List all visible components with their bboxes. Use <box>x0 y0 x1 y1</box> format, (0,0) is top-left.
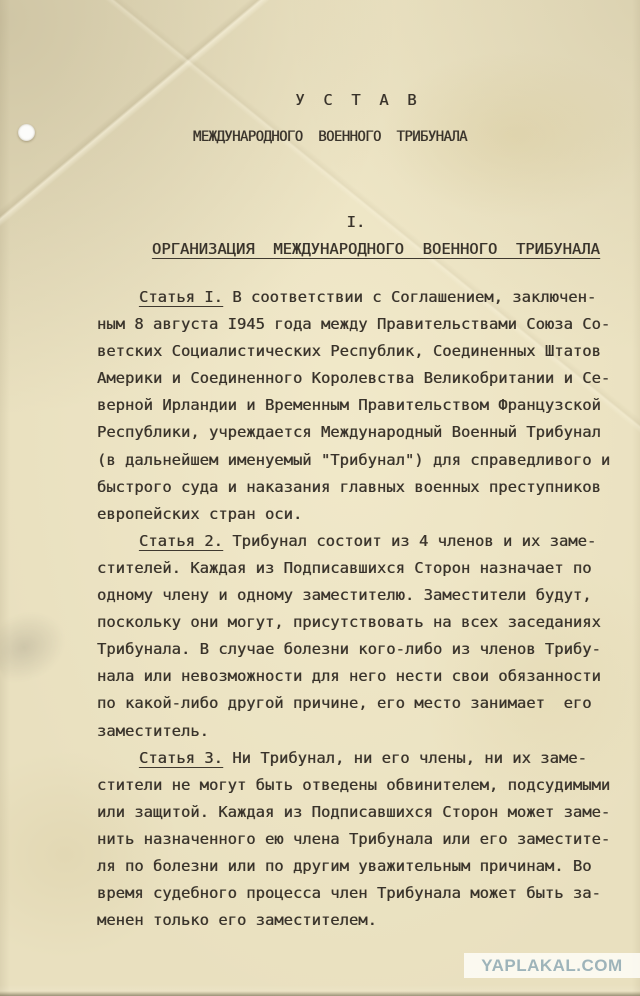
body-line: (в дальнейшем именуемый "Трибунал") для … <box>97 447 610 474</box>
body-line: стители не могут быть отведены обвинител… <box>97 772 610 799</box>
body-line: быстрого суда и наказания главных военны… <box>97 474 610 501</box>
body-line: Статья 3. Ни Трибунал, ни его члены, ни … <box>97 745 610 772</box>
body-line: нала или невозможности для него нести св… <box>97 663 610 690</box>
body-line: или защитой. Каждая из Подписавшихся Сто… <box>97 799 610 826</box>
section-heading: ОРГАНИЗАЦИЯ МЕЖДУНАРОДНОГО ВОЕННОГО ТРИБ… <box>112 240 640 258</box>
body-line: нить назначенного ею члена Трибунала или… <box>97 826 610 853</box>
article-label: Статья 3. <box>139 749 223 767</box>
body-line: Статья I. В соответствии с Соглашением, … <box>97 284 610 311</box>
body-line: одному члену и одному заместителю. Замес… <box>97 582 610 609</box>
body-line: Статья 2. Трибунал состоит из 4 членов и… <box>97 528 610 555</box>
punch-hole <box>18 124 35 141</box>
body-line: по какой-либо другой причине, его место … <box>97 690 610 717</box>
body-line: ля по болезни или по другим уважительным… <box>97 853 610 880</box>
watermark-badge: YAPLAKAL.COM <box>464 953 640 978</box>
body-line: ветских Социалистических Республик, Соед… <box>97 338 610 365</box>
document-title: У С Т А В <box>95 91 617 109</box>
body-line: менен только его заместителем. <box>97 907 610 934</box>
document-subtitle: МЕЖДУНАРОДНОГО ВОЕННОГО ТРИБУНАЛА <box>40 129 620 145</box>
pencil-smudge <box>0 595 82 693</box>
body-line: ным 8 августа I945 года между Правительс… <box>97 311 610 338</box>
body-line: Трибунала. В случае болезни кого-либо из… <box>97 636 610 663</box>
scanned-document-page: У С Т А В МЕЖДУНАРОДНОГО ВОЕННОГО ТРИБУН… <box>0 0 640 996</box>
body-line: Республики, учреждается Международный Во… <box>97 419 610 446</box>
body-line: верной Ирландии и Временным Правительств… <box>97 392 610 419</box>
article-label: Статья I. <box>139 288 223 306</box>
body-line: поскольку они могут, присутствовать на в… <box>97 609 610 636</box>
body-line: время судебного процесса член Трибунала … <box>97 880 610 907</box>
body-line: стителей. Каждая из Подписавшихся Сторон… <box>97 555 610 582</box>
article-label: Статья 2. <box>139 532 223 550</box>
body-line: европейских стран оси. <box>97 501 610 528</box>
document-body: Статья I. В соответствии с Соглашением, … <box>97 284 610 934</box>
watermark-text: YAPLAKAL.COM <box>481 956 622 976</box>
body-line: заместитель. <box>97 718 610 745</box>
section-number: I. <box>95 213 617 231</box>
body-line: Америки и Соединенного Королевства Велик… <box>97 365 610 392</box>
